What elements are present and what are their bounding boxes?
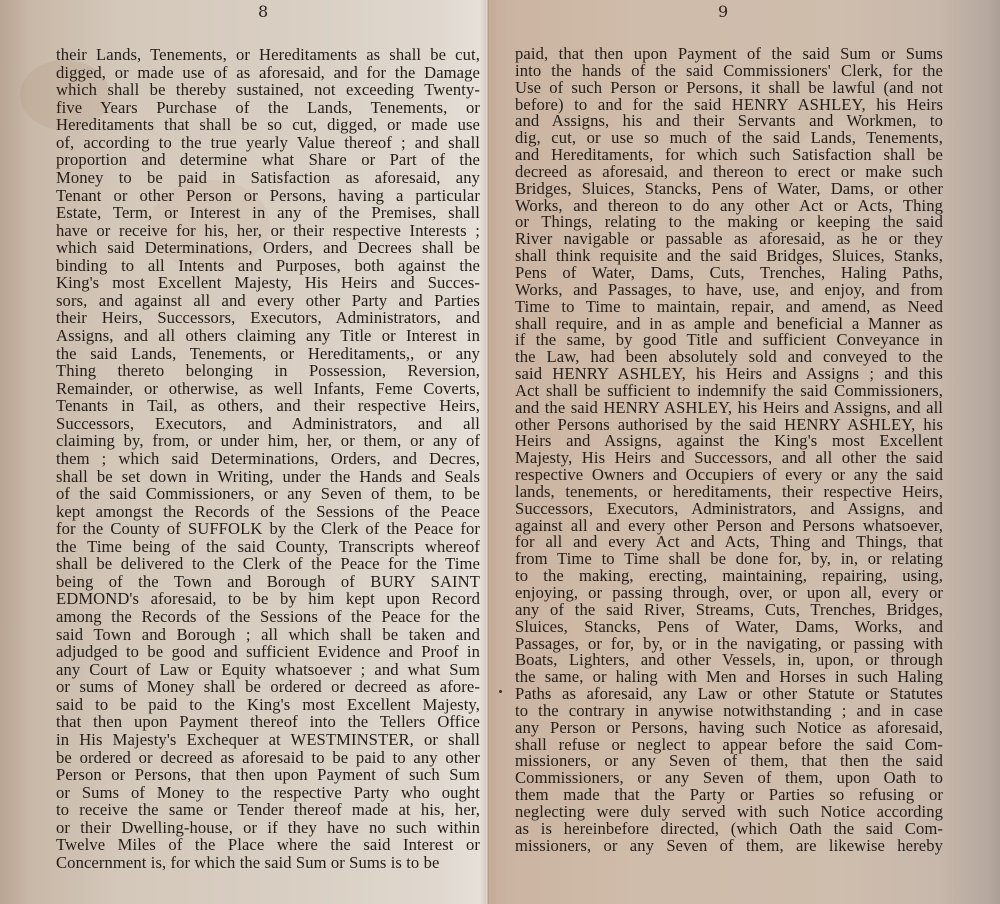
text-line: for the County of SUFFOLK by the Clerk o…: [56, 520, 480, 538]
text-line: kept amongst the Records of the Sessions…: [56, 503, 480, 521]
right-page-text: paid, that then upon Payment of the said…: [515, 46, 943, 871]
left-page-text: their Lands, Tenements, or Hereditaments…: [56, 46, 480, 871]
text-line: shall be delivered to the Clerk of the P…: [56, 555, 480, 573]
page-number: 8: [258, 2, 268, 21]
text-line: binding to all Intents and Purposes, bot…: [56, 257, 480, 275]
text-line: five Years Purchase of the Lands, Teneme…: [56, 99, 480, 117]
text-line: their Lands, Tenements, or Hereditaments…: [56, 46, 480, 64]
text-line: King's most Excellent Majesty, His Heirs…: [56, 274, 480, 292]
text-line: them ; which said Determinations, Orders…: [56, 450, 480, 468]
text-line: being of the Town and Borough of BURY SA…: [56, 573, 480, 591]
text-line: which said Determinations, Orders, and D…: [56, 239, 480, 257]
right-page: 9 paid, that then upon Payment of the sa…: [488, 0, 1000, 904]
text-line: EDMOND's aforesaid, to be by him kept up…: [56, 590, 480, 608]
text-line: Sluices, Stancks, Pens of Water, Dams, W…: [515, 619, 943, 636]
text-line: Assigns, and all others claiming any Tit…: [56, 327, 480, 345]
text-line: or their Dwelling-house, or if they have…: [56, 819, 480, 837]
text-line: Remainder, or otherwise, as well Infants…: [56, 380, 480, 398]
text-line: in His Majesty's Exchequer at WESTMINSTE…: [56, 731, 480, 749]
book-gutter: [486, 0, 489, 904]
text-line: among the Records of the Sessions of the…: [56, 608, 480, 626]
text-line: Tenant or other Person or Persons, havin…: [56, 187, 480, 205]
text-line: Money to be paid in Satisfaction as afor…: [56, 169, 480, 187]
text-line: said Town and Borough ; all which shall …: [56, 626, 480, 644]
text-line: or Sums of Money to the respective Party…: [56, 784, 480, 802]
text-line: Thing thereto belonging in Possession, R…: [56, 362, 480, 380]
text-line: Successors, Executors, and Administrator…: [56, 415, 480, 433]
text-line: have or receive for his, her, or their r…: [56, 222, 480, 240]
text-line: Hereditaments that shall be so cut, digg…: [56, 116, 480, 134]
text-line: Estate, Term, or Interest in any of the …: [56, 204, 480, 222]
text-line: sors, and against all and every other Pa…: [56, 292, 480, 310]
text-line: or sums of Money shall be ordered or dec…: [56, 678, 480, 696]
left-page: 8 their Lands, Tenements, or Hereditamen…: [0, 0, 488, 904]
ink-dot: [499, 690, 502, 693]
text-line: their Heirs, Successors, Executors, Admi…: [56, 309, 480, 327]
text-line: the Time being of the said County, Trans…: [56, 538, 480, 556]
text-line: adjudged to be good and sufficient Evide…: [56, 643, 480, 661]
text-line: the said Lands, Tenements, or Hereditame…: [56, 345, 480, 363]
text-line: which shall be thereby sustained, not ex…: [56, 81, 480, 99]
text-line: Tenants in Tail, as others, and their re…: [56, 397, 480, 415]
text-line: Time to Time to maintain, repair, and am…: [515, 299, 943, 316]
text-line: shall be set down in Writing, under the …: [56, 468, 480, 486]
text-line: any Court of Law or Equity whatsoever ; …: [56, 661, 480, 679]
text-line: said to be paid to the King's most Excel…: [56, 696, 480, 714]
text-line: Use of such Person or Persons, it shall …: [515, 80, 943, 97]
text-line: that then upon Payment thereof into the …: [56, 713, 480, 731]
text-line: to receive the same or Tender thereof ma…: [56, 801, 480, 819]
text-line: be ordered or decreed as aforesaid to be…: [56, 749, 480, 767]
text-line: of the said Commissioners, or any Seven …: [56, 485, 480, 503]
text-line: missioners, or any Seven of them, are li…: [515, 838, 943, 855]
text-line: Twelve Miles of the Place where the said…: [56, 836, 480, 854]
text-line: Person or Persons, that then upon Paymen…: [56, 766, 480, 784]
text-line: [515, 855, 943, 872]
text-line: digged, or made use of as aforesaid, and…: [56, 64, 480, 82]
text-line: Concernment is, for which the said Sum o…: [56, 854, 480, 872]
text-line: proportion and determine what Share or P…: [56, 151, 480, 169]
text-line: claiming by, from, or under him, her, or…: [56, 432, 480, 450]
text-line: of, according to the true yearly Value t…: [56, 134, 480, 152]
page-number: 9: [718, 2, 728, 21]
